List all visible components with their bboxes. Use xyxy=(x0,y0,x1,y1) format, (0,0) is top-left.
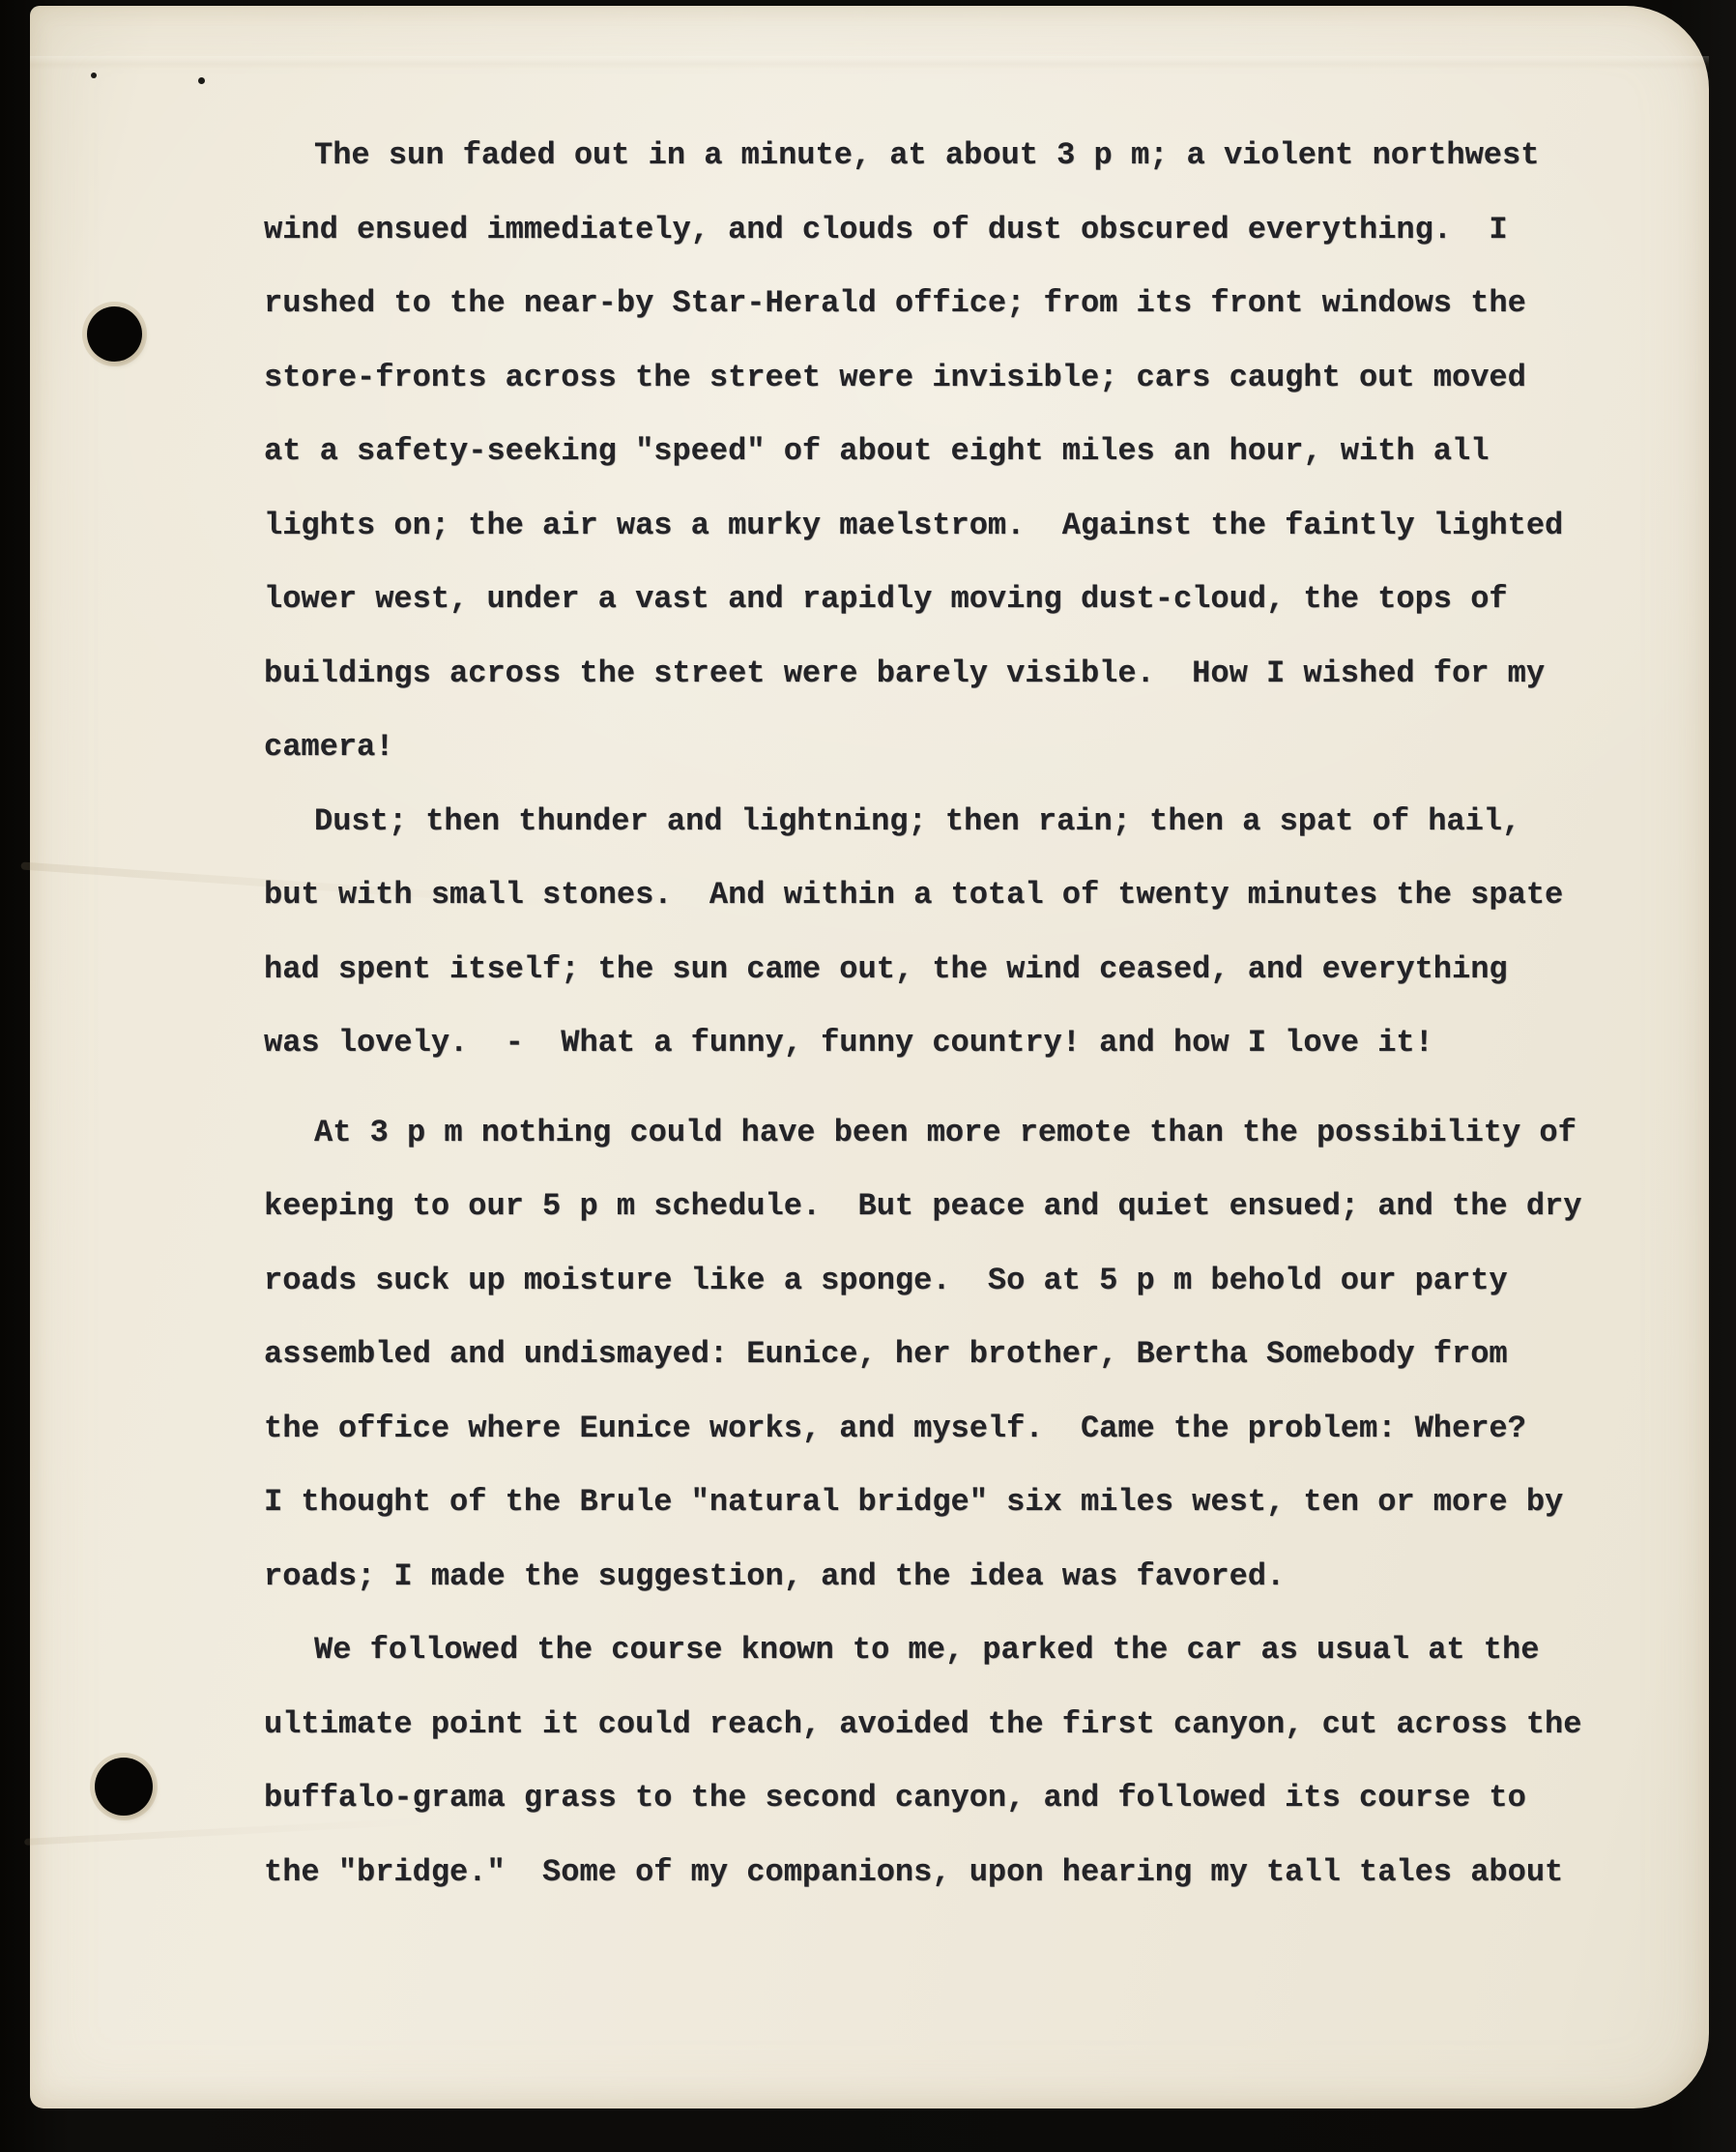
text-line: but with small stones. And within a tota… xyxy=(264,858,1636,933)
text-line: store-fronts across the street were invi… xyxy=(264,341,1636,416)
text-line: At 3 p m nothing could have been more re… xyxy=(264,1096,1636,1171)
paragraph: We followed the course known to me, park… xyxy=(264,1614,1636,1909)
staple-hole-icon xyxy=(198,77,205,84)
paragraph: Dust; then thunder and lightning; then r… xyxy=(264,785,1636,1081)
punch-hole-bottom xyxy=(95,1758,153,1816)
paper-crease xyxy=(30,56,1709,70)
text-line: We followed the course known to me, park… xyxy=(264,1614,1636,1688)
text-line: I thought of the Brule "natural bridge" … xyxy=(264,1466,1636,1540)
text-line: Dust; then thunder and lightning; then r… xyxy=(264,785,1636,859)
paper-sheet: The sun faded out in a minute, at about … xyxy=(30,6,1709,2108)
text-line: was lovely. - What a funny, funny countr… xyxy=(264,1006,1636,1081)
text-line: roads; I made the suggestion, and the id… xyxy=(264,1540,1636,1614)
text-line: lights on; the air was a murky maelstrom… xyxy=(264,489,1636,564)
text-line: camera! xyxy=(264,711,1636,785)
text-line: had spent itself; the sun came out, the … xyxy=(264,933,1636,1007)
text-line: keeping to our 5 p m schedule. But peace… xyxy=(264,1170,1636,1244)
text-line: the office where Eunice works, and mysel… xyxy=(264,1392,1636,1467)
scanned-page: The sun faded out in a minute, at about … xyxy=(0,0,1736,2152)
text-line: the "bridge." Some of my companions, upo… xyxy=(264,1836,1636,1910)
staple-hole-icon xyxy=(91,73,97,78)
punch-hole-top xyxy=(87,306,142,362)
text-line: assembled and undismayed: Eunice, her br… xyxy=(264,1318,1636,1392)
paragraph: At 3 p m nothing could have been more re… xyxy=(264,1096,1636,1614)
text-line: The sun faded out in a minute, at about … xyxy=(264,119,1636,193)
text-line: buildings across the street were barely … xyxy=(264,637,1636,712)
text-line: roads suck up moisture like a sponge. So… xyxy=(264,1244,1636,1319)
text-line: wind ensued immediately, and clouds of d… xyxy=(264,193,1636,268)
text-line: lower west, under a vast and rapidly mov… xyxy=(264,563,1636,637)
text-line: buffalo-grama grass to the second canyon… xyxy=(264,1761,1636,1836)
text-line: ultimate point it could reach, avoided t… xyxy=(264,1688,1636,1762)
typewritten-text: The sun faded out in a minute, at about … xyxy=(264,119,1636,1909)
text-line: rushed to the near-by Star-Herald office… xyxy=(264,267,1636,341)
text-line: at a safety-seeking "speed" of about eig… xyxy=(264,415,1636,489)
paragraph: The sun faded out in a minute, at about … xyxy=(264,119,1636,785)
